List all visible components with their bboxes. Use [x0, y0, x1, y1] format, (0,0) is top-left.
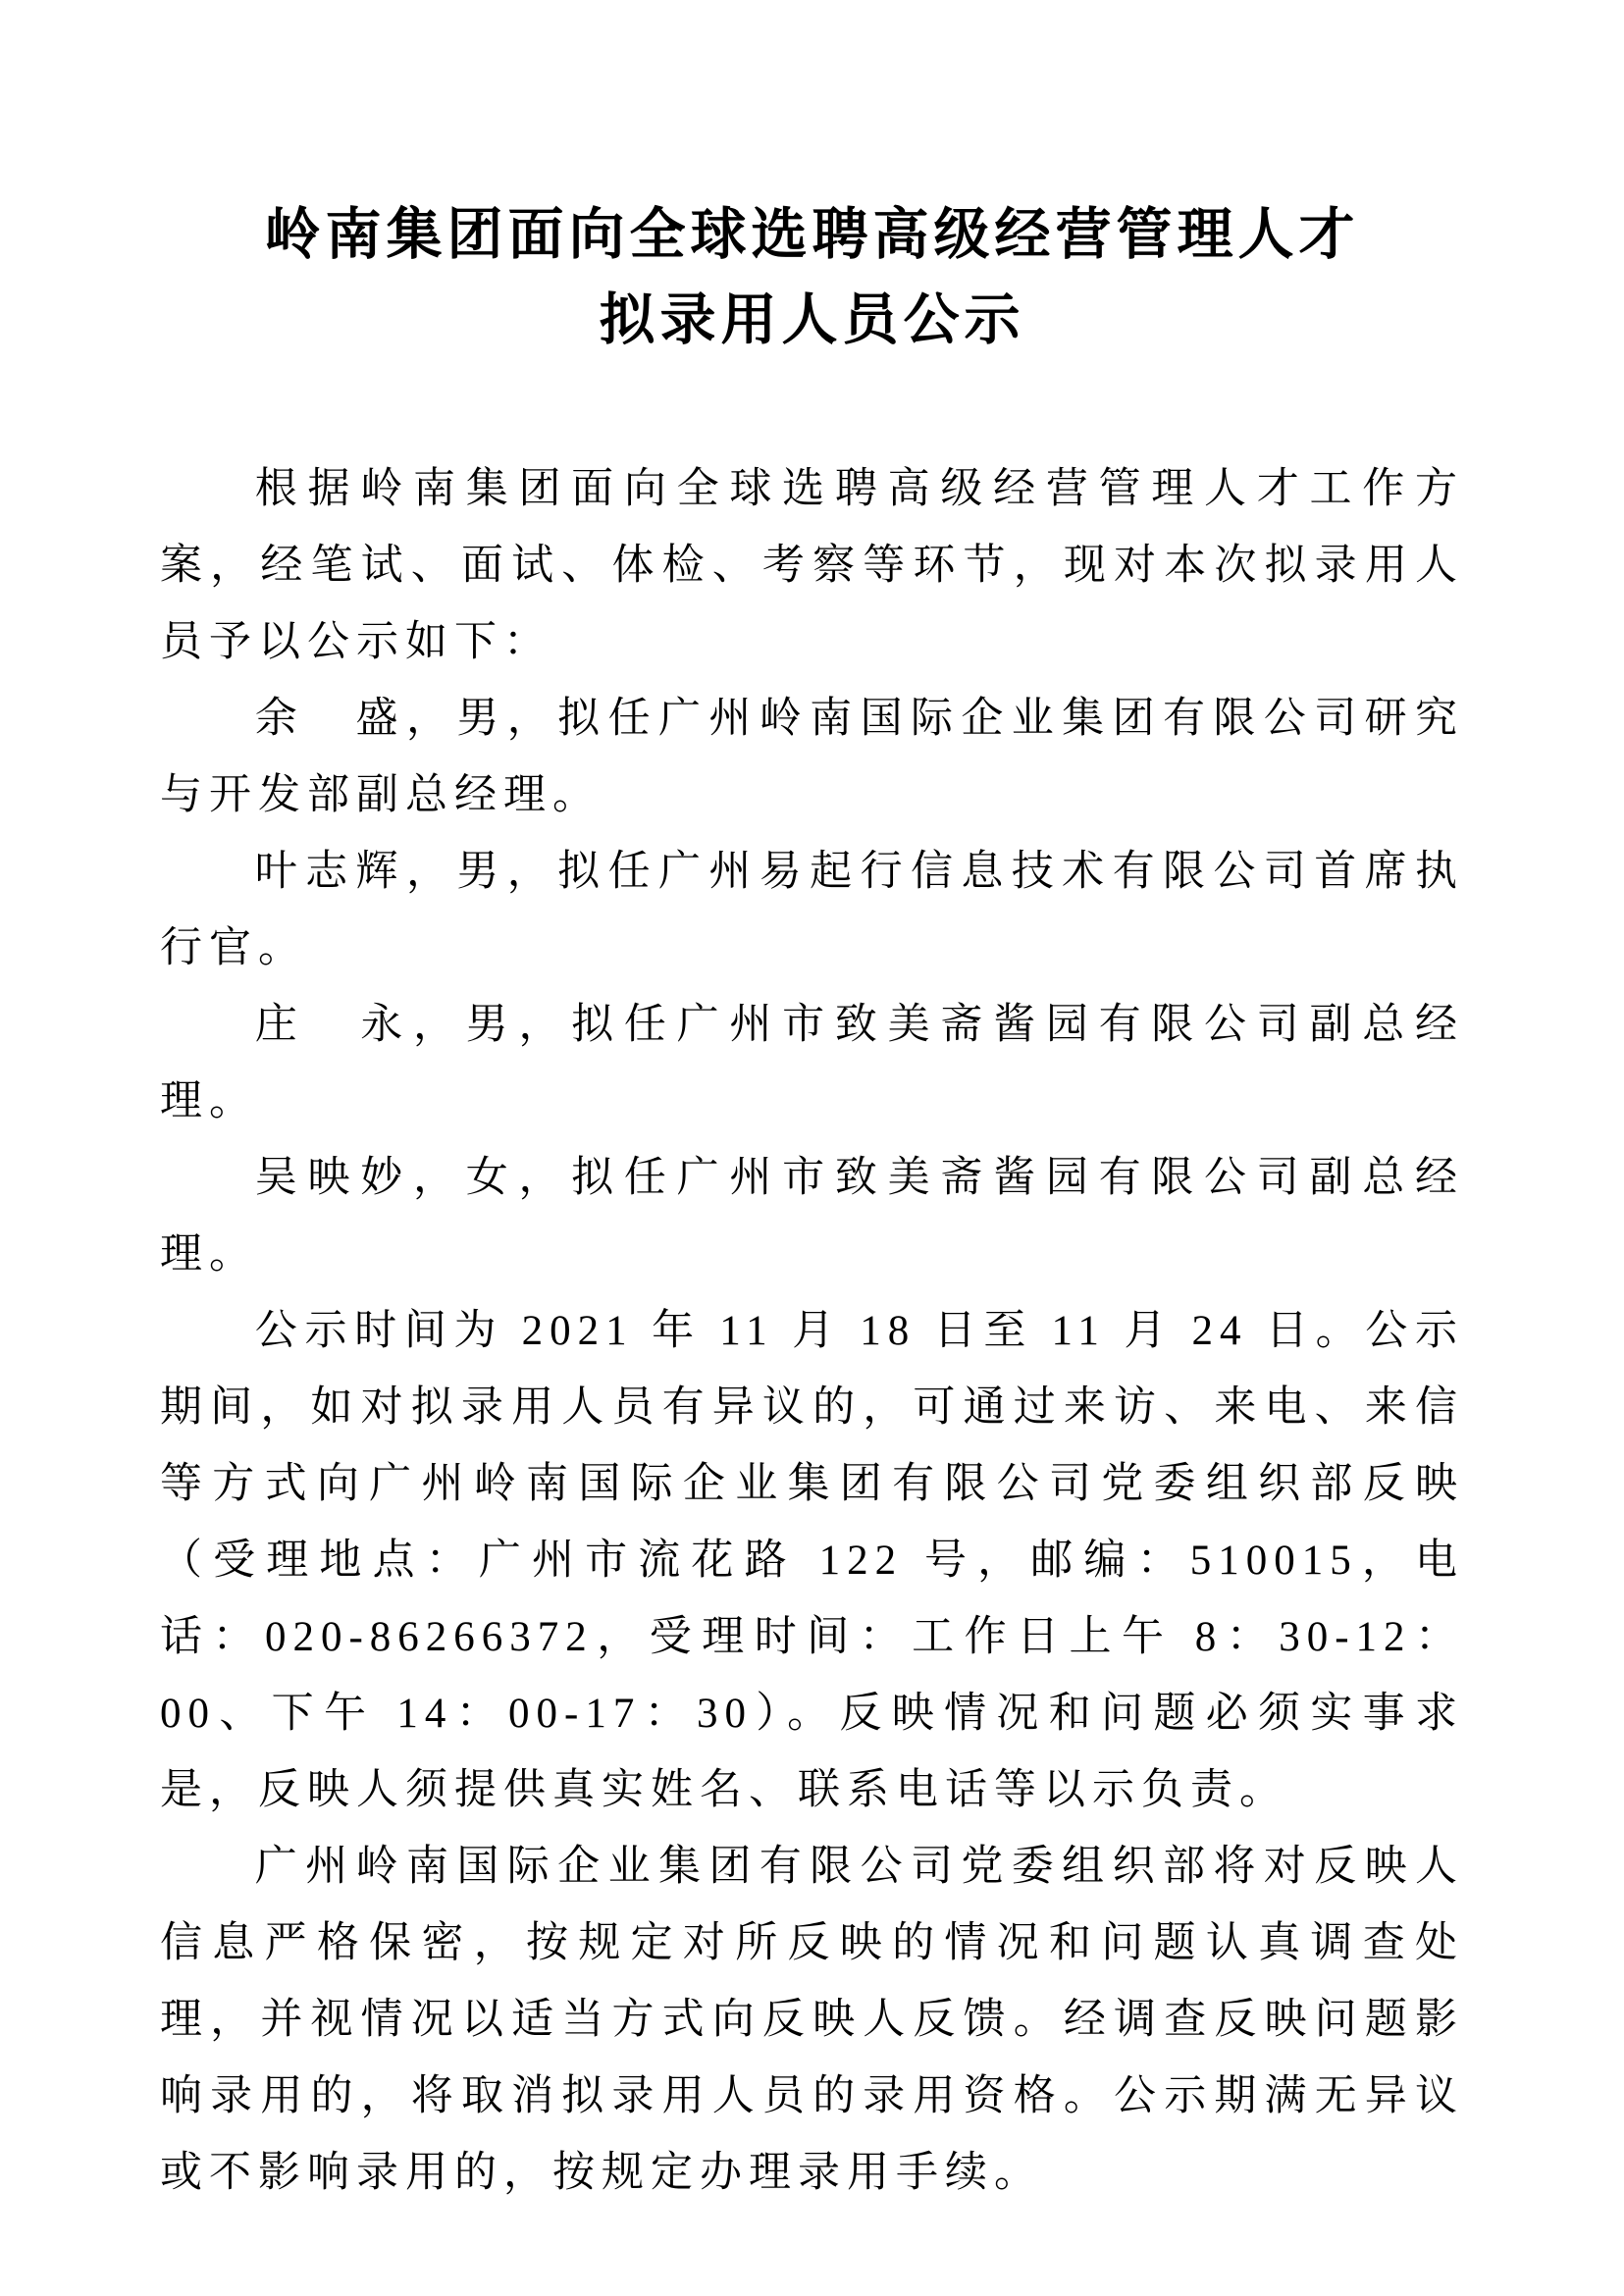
candidate-zhuang-yong-paragraph: 庄 永，男，拟任广州市致美斋酱园有限公司副总经理。 [160, 987, 1464, 1140]
document-page: 岭南集团面向全球选聘高级经营管理人才 拟录用人员公示 根据岭南集团面向全球选聘高… [0, 0, 1624, 2296]
candidate-wu-yingmiao-paragraph: 吴映妙，女，拟任广州市致美斋酱园有限公司副总经理。 [160, 1140, 1464, 1293]
document-title-line-1: 岭南集团面向全球选聘高级经营管理人才 [0, 192, 1624, 278]
document-body: 根据岭南集团面向全球选聘高级经营管理人才工作方案，经笔试、面试、体检、考察等环节… [160, 451, 1464, 2212]
notice-period-contact-paragraph: 公示时间为 2021 年 11 月 18 日至 11 月 24 日。公示期间，如… [160, 1293, 1464, 1829]
candidate-yu-sheng-paragraph: 余 盛，男，拟任广州岭南国际企业集团有限公司研究与开发部副总经理。 [160, 681, 1464, 834]
confidentiality-handling-paragraph: 广州岭南国际企业集团有限公司党委组织部将对反映人信息严格保密，按规定对所反映的情… [160, 1829, 1464, 2212]
document-title: 岭南集团面向全球选聘高级经营管理人才 拟录用人员公示 [0, 192, 1624, 363]
candidate-ye-zhihui-paragraph: 叶志辉，男，拟任广州易起行信息技术有限公司首席执行官。 [160, 834, 1464, 987]
document-title-line-2: 拟录用人员公示 [0, 278, 1624, 363]
intro-paragraph: 根据岭南集团面向全球选聘高级经营管理人才工作方案，经笔试、面试、体检、考察等环节… [160, 451, 1464, 681]
